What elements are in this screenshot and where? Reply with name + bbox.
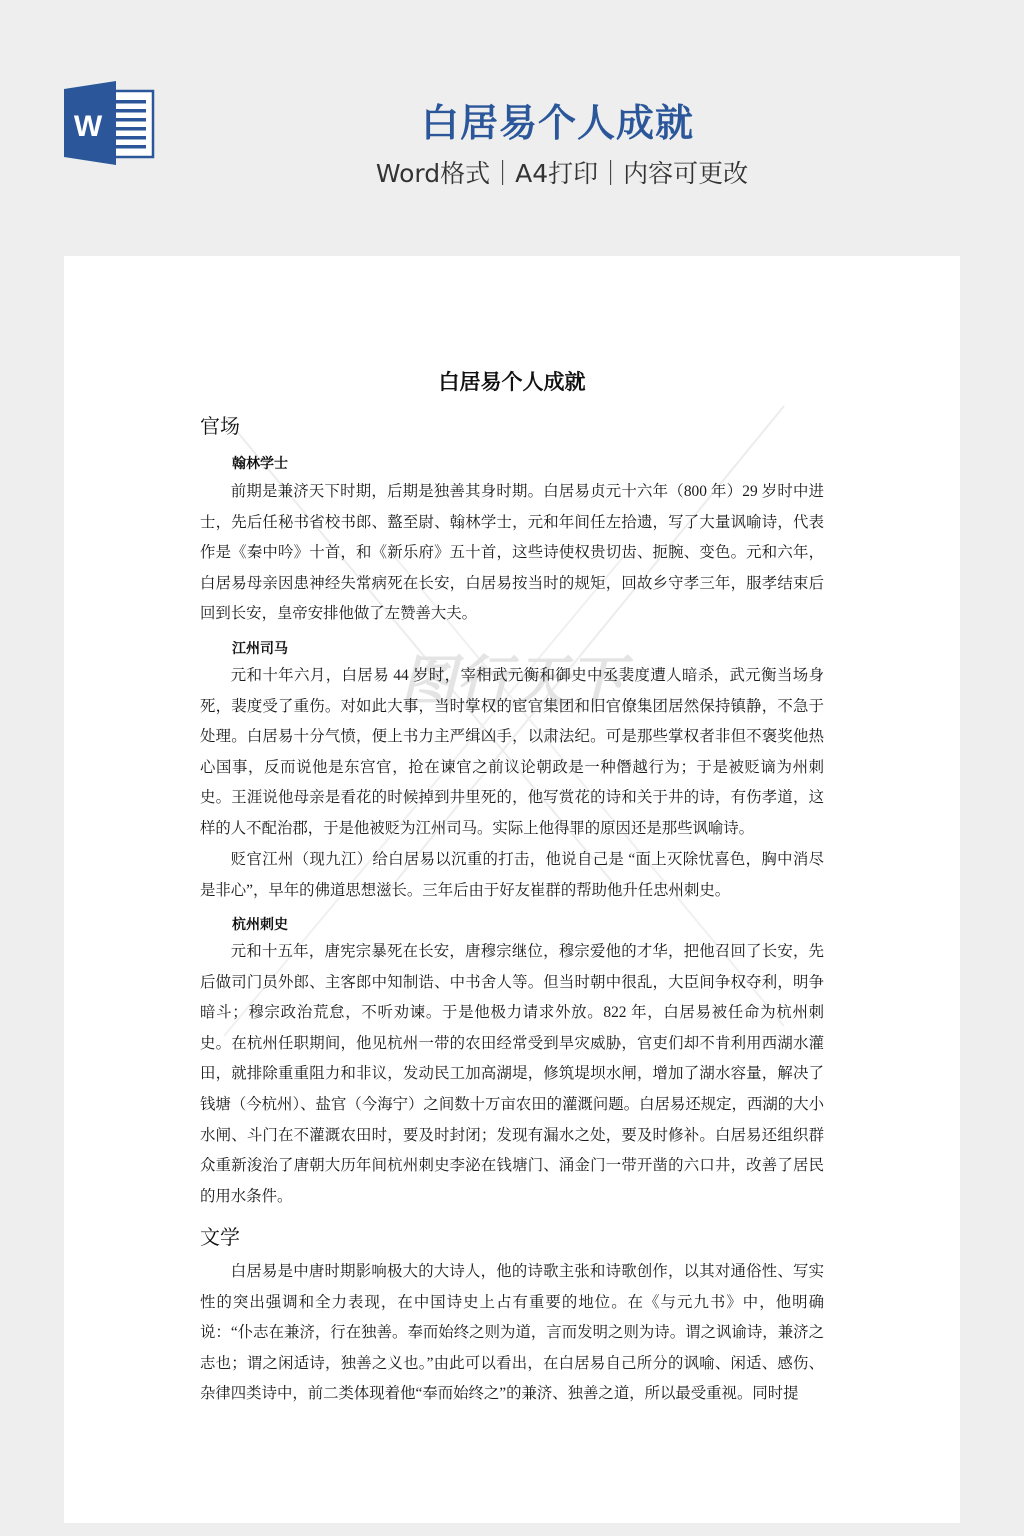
paragraph: 前期是兼济天下时期，后期是独善其身时期。白居易贞元十六年（800 年）29 岁时… (200, 477, 824, 630)
banner-subtitle: Word格式｜A4打印｜内容可更改 (0, 154, 1024, 190)
document-title: 白居易个人成就 (200, 366, 824, 396)
banner-title: 白居易个人成就 (0, 92, 1024, 147)
paragraph: 元和十年六月，白居易 44 岁时，宰相武元衡和御史中丞裴度遭人暗杀，武元衡当场身… (200, 661, 824, 845)
paragraph: 白居易是中唐时期影响极大的大诗人，他的诗歌主张和诗歌创作，以其对通俗性、写实性的… (200, 1257, 824, 1410)
section-heading-literature: 文学 (200, 1221, 240, 1250)
banner: W 白居易个人成就 Word格式｜A4打印｜内容可更改 (0, 0, 1024, 256)
paragraph: 贬官江州（现九江）给白居易以沉重的打击，他说自己是 “面上灭除忧喜色，胸中消尽是… (200, 845, 824, 906)
document-page: 图行天下 白居易个人成就 官场 翰林学士 前期是兼济天下时期，后期是独善其身时期… (64, 256, 960, 1523)
subsection-heading-hangzhou: 杭州刺史 (232, 914, 288, 934)
subsection-heading-jiangzhou: 江州司马 (232, 638, 288, 658)
section-heading-officialdom: 官场 (200, 410, 240, 439)
subsection-heading-hanlin: 翰林学士 (232, 453, 288, 473)
paragraph: 元和十五年，唐宪宗暴死在长安，唐穆宗继位，穆宗爱他的才华，把他召回了长安，先后做… (200, 937, 824, 1212)
